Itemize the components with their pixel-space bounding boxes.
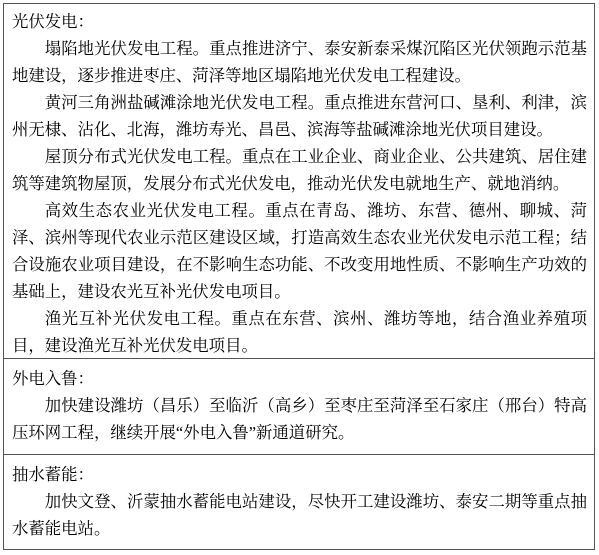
document-box: 光伏发电： 塌陷地光伏发电工程。重点推进济宁、泰安新泰采煤沉陷区光伏领跑示范基地… bbox=[3, 3, 595, 550]
section-heading: 外电入鲁： bbox=[12, 365, 587, 392]
section-photovoltaic: 光伏发电： 塌陷地光伏发电工程。重点推进济宁、泰安新泰采煤沉陷区光伏领跑示范基地… bbox=[4, 4, 594, 359]
paragraph: 屋顶分布式光伏发电工程。重点在工业企业、商业企业、公共建筑、居住建筑等建筑物屋顶… bbox=[12, 143, 587, 197]
section-heading: 光伏发电： bbox=[12, 8, 587, 35]
paragraph: 高效生态农业光伏发电工程。重点在青岛、潍坊、东营、德州、聊城、菏泽、滨州等现代农… bbox=[12, 197, 587, 305]
paragraph: 渔光互补光伏发电工程。重点在东营、滨州、潍坊等地，结合渔业养殖项目，建设渔光互补… bbox=[12, 305, 587, 359]
paragraph: 加快建设潍坊（昌乐）至临沂（高乡）至枣庄至菏泽至石家庄（邢台）特高压环网工程，继… bbox=[12, 392, 587, 446]
paragraph: 黄河三角洲盐碱滩涂地光伏发电工程。重点推进东营河口、垦利、利津，滨州无棣、沾化、… bbox=[12, 89, 587, 143]
paragraph: 塌陷地光伏发电工程。重点推进济宁、泰安新泰采煤沉陷区光伏领跑示范基地建设，逐步推… bbox=[12, 35, 587, 89]
section-external-power: 外电入鲁： 加快建设潍坊（昌乐）至临沂（高乡）至枣庄至菏泽至石家庄（邢台）特高压… bbox=[4, 359, 594, 455]
section-heading: 抽水蓄能： bbox=[12, 461, 587, 488]
paragraph: 加快文登、沂蒙抽水蓄能电站建设，尽快开工建设潍坊、泰安二期等重点抽水蓄能电站。 bbox=[12, 488, 587, 542]
section-pumped-storage: 抽水蓄能： 加快文登、沂蒙抽水蓄能电站建设，尽快开工建设潍坊、泰安二期等重点抽水… bbox=[4, 455, 594, 549]
